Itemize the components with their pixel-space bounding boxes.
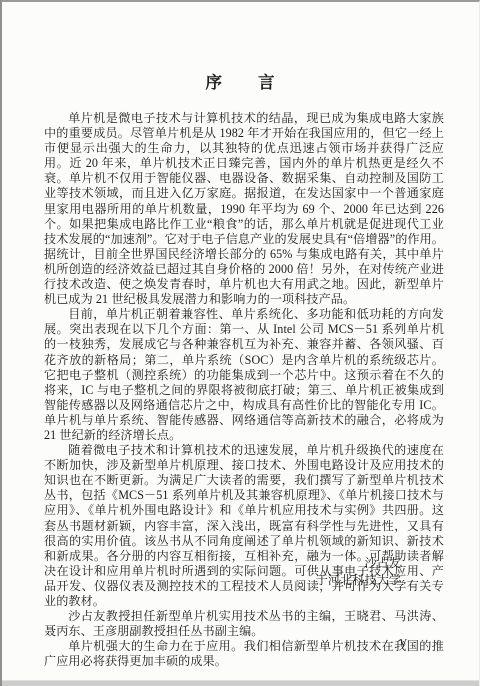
- page-title: 序 言: [2, 69, 479, 93]
- book-page: 序 言 单片机是微电子技术与计算机技术的结晶，现已成为集成电路大家族中的重要成员…: [0, 0, 480, 686]
- preface-paragraph-1: 单片机是微电子技术与计算机技术的结晶，现已成为集成电路大家族中的重要成员。尽管单…: [44, 111, 444, 307]
- signature-affiliation: 于河北科技大学: [316, 572, 401, 589]
- preface-paragraph-2: 目前，单片机正朝着兼容性、单片系统化、多功能和低功耗的方向发展。突出表现在以下几…: [44, 307, 444, 443]
- preface-paragraph-5: 单片机强大的生命力在于应用。我们相信新型单片机技术在我国的推广应用必将获得更加丰…: [44, 639, 444, 669]
- signature-author-name: 沙占友: [316, 555, 401, 572]
- page-number: · V ·: [390, 637, 418, 649]
- signature-block: 沙占友 于河北科技大学: [316, 555, 401, 589]
- page-bottom-edge: [2, 680, 479, 686]
- preface-paragraph-4: 沙占友教授担任新型单片机实用技术丛书的主编，王晓君、马洪涛、聂丙东、王彦朋副教授…: [44, 609, 444, 639]
